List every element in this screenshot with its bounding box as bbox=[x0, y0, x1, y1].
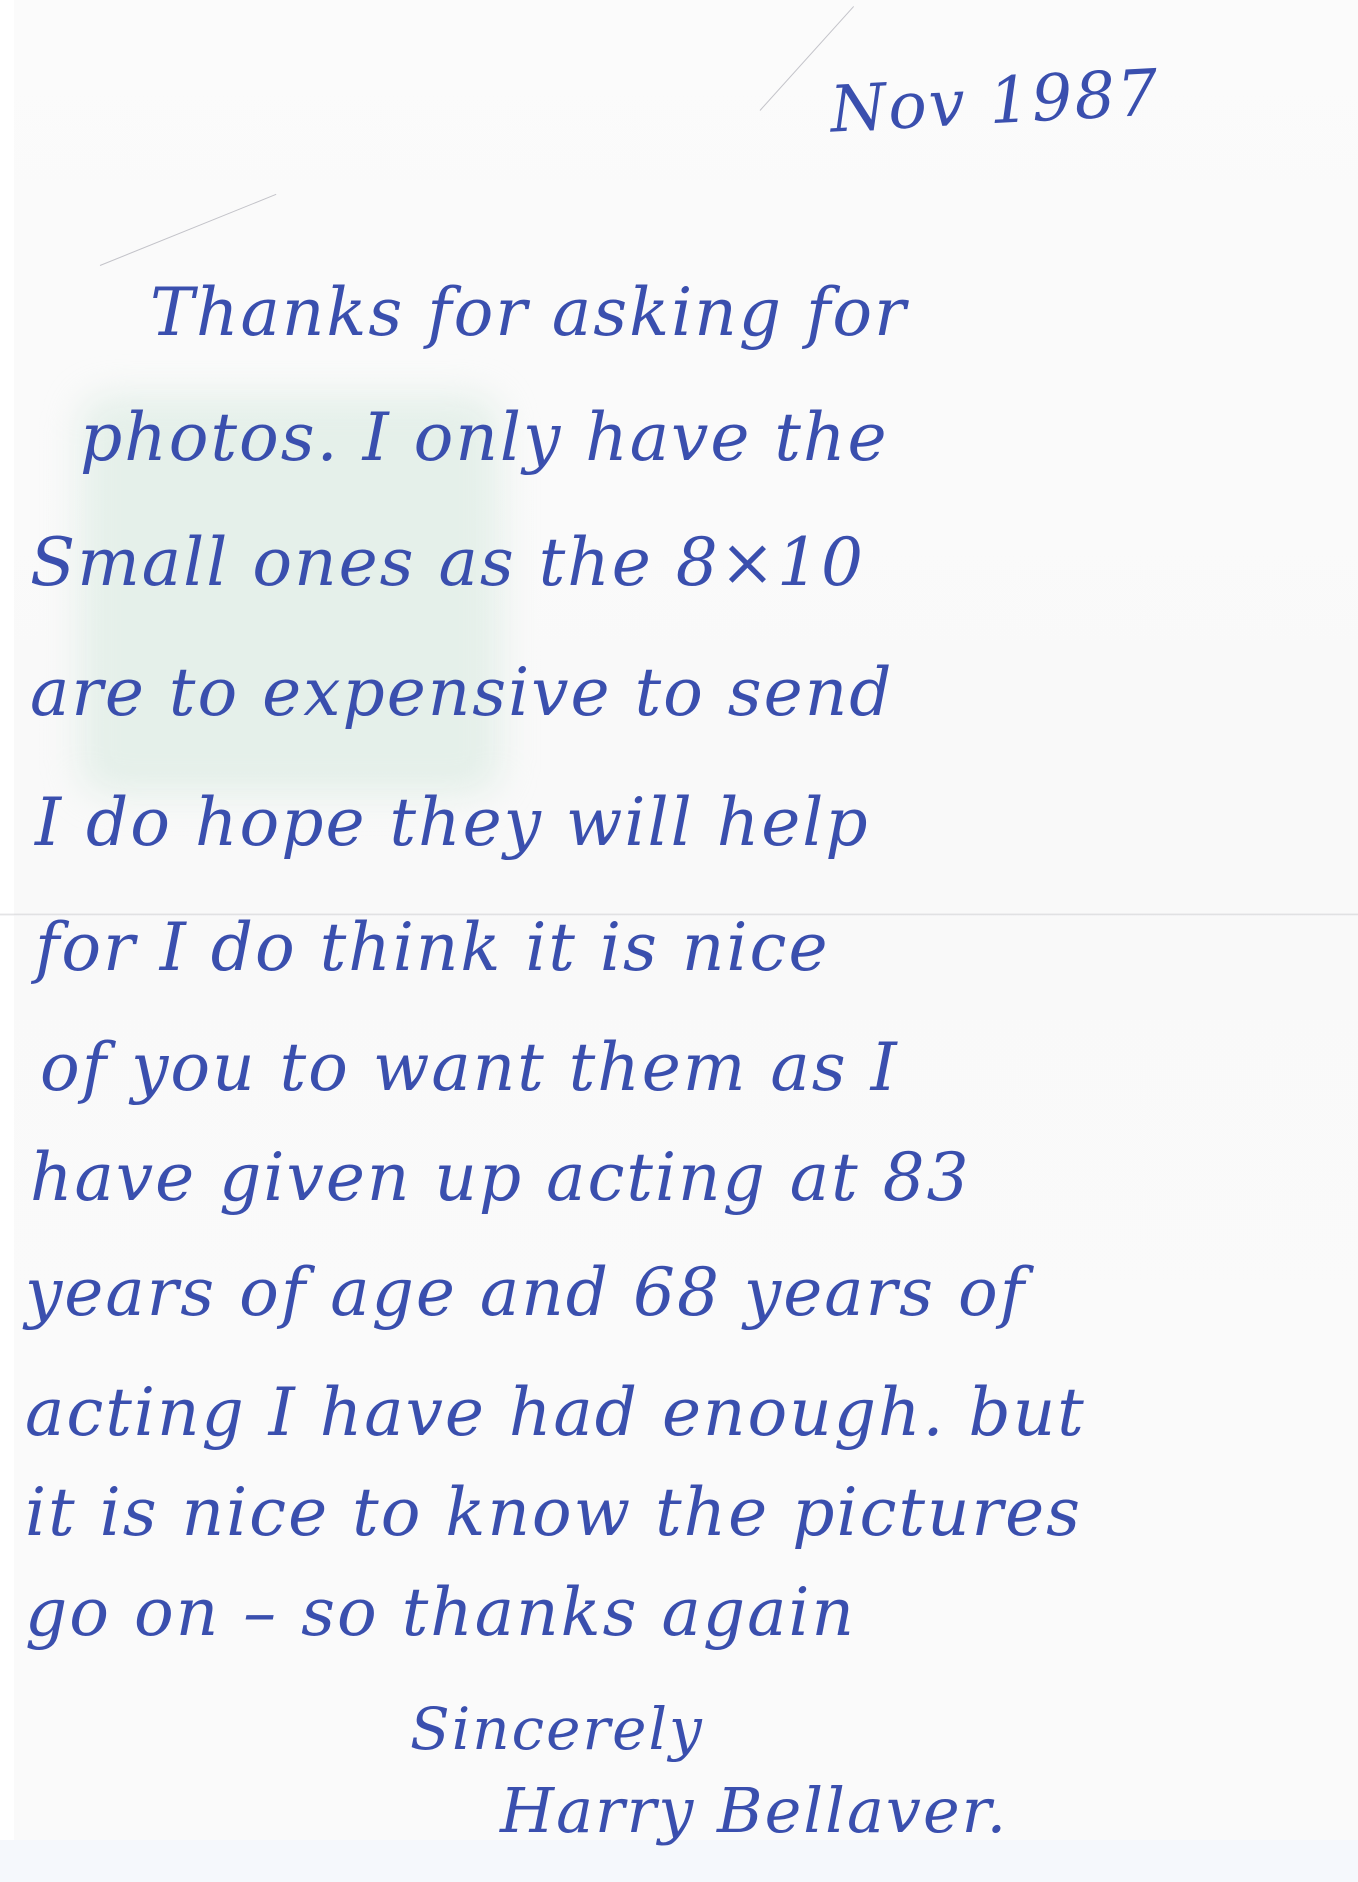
letter-date: Nov 1987 bbox=[829, 61, 1162, 142]
letter-line-1: Thanks for asking for bbox=[150, 280, 908, 346]
letter-signature: Harry Bellaver. bbox=[500, 1780, 1008, 1842]
letter-line-12: go on – so thanks again bbox=[25, 1580, 856, 1646]
letter-line-9: years of age and 68 years of bbox=[25, 1260, 1026, 1326]
letter-line-5: I do hope they will help bbox=[35, 790, 870, 856]
letter-line-8: have given up acting at 83 bbox=[30, 1145, 971, 1211]
letter-line-7: of you to want them as I bbox=[40, 1035, 899, 1101]
letter-closing: Sincerely bbox=[410, 1700, 704, 1758]
letter-line-6: for I do think it is nice bbox=[35, 915, 830, 981]
letter-line-3: Small ones as the 8×10 bbox=[30, 530, 865, 596]
letter-line-2: photos. I only have the bbox=[80, 405, 889, 471]
letter-line-11: it is nice to know the pictures bbox=[25, 1480, 1082, 1546]
letter-line-10: acting I have had enough. but bbox=[25, 1380, 1086, 1446]
letter-line-4: are to expensive to send bbox=[30, 660, 894, 726]
